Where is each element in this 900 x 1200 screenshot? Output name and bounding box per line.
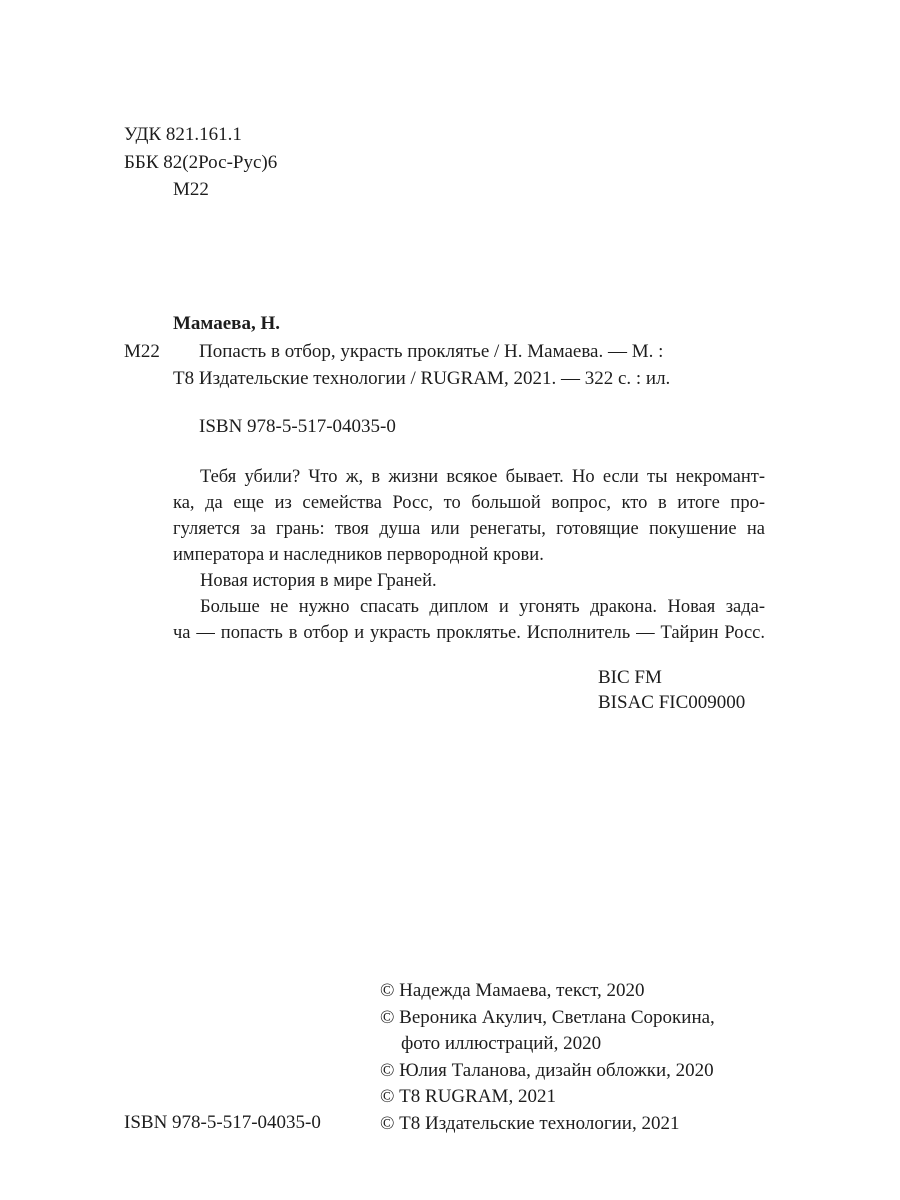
- copyright-line: © Т8 RUGRAM, 2021: [380, 1084, 715, 1111]
- udk-code: УДК 821.161.1: [124, 122, 242, 148]
- bisac-code: BISAC FIC009000: [598, 690, 745, 716]
- annotation-line: Тебя убили? Что ж, в жизни всякое бывает…: [173, 464, 765, 490]
- record-author-mark: М22: [124, 339, 160, 365]
- annotation-line: гуляется за грань: твоя душа или ренегат…: [173, 516, 765, 542]
- footer-isbn: ISBN 978-5-517-04035-0: [124, 1110, 321, 1136]
- copyright-line: © Вероника Акулич, Светлана Сорокина,: [380, 1005, 715, 1032]
- record-isbn: ISBN 978-5-517-04035-0: [199, 414, 396, 440]
- copyright-line: фото иллюстраций, 2020: [380, 1031, 715, 1058]
- copyright-line: © Т8 Издательские технологии, 2021: [380, 1111, 715, 1138]
- annotation-line: ча — попасть в отбор и украсть проклятье…: [173, 620, 765, 646]
- record-title-line-1: Попасть в отбор, украсть проклятье / Н. …: [199, 339, 663, 365]
- annotation-line: Больше не нужно спасать диплом и угонять…: [173, 594, 765, 620]
- copyright-block: © Надежда Мамаева, текст, 2020 © Вероник…: [380, 978, 715, 1137]
- annotation-line: Новая история в мире Граней.: [173, 568, 765, 594]
- annotation: Тебя убили? Что ж, в жизни всякое бывает…: [173, 464, 765, 646]
- bic-code: BIC FM: [598, 665, 662, 691]
- record-title-line-2: Т8 Издательские технологии / RUGRAM, 202…: [173, 366, 670, 392]
- author-heading: Мамаева, Н.: [173, 311, 280, 337]
- copyright-line: © Юлия Таланова, дизайн обложки, 2020: [380, 1058, 715, 1085]
- annotation-line: императора и наследников первородной кро…: [173, 542, 765, 568]
- annotation-line: ка, да еще из семейства Росс, то большой…: [173, 490, 765, 516]
- author-mark: М22: [173, 177, 209, 203]
- copyright-line: © Надежда Мамаева, текст, 2020: [380, 978, 715, 1005]
- bbk-code: ББК 82(2Рос-Рус)6: [124, 150, 277, 176]
